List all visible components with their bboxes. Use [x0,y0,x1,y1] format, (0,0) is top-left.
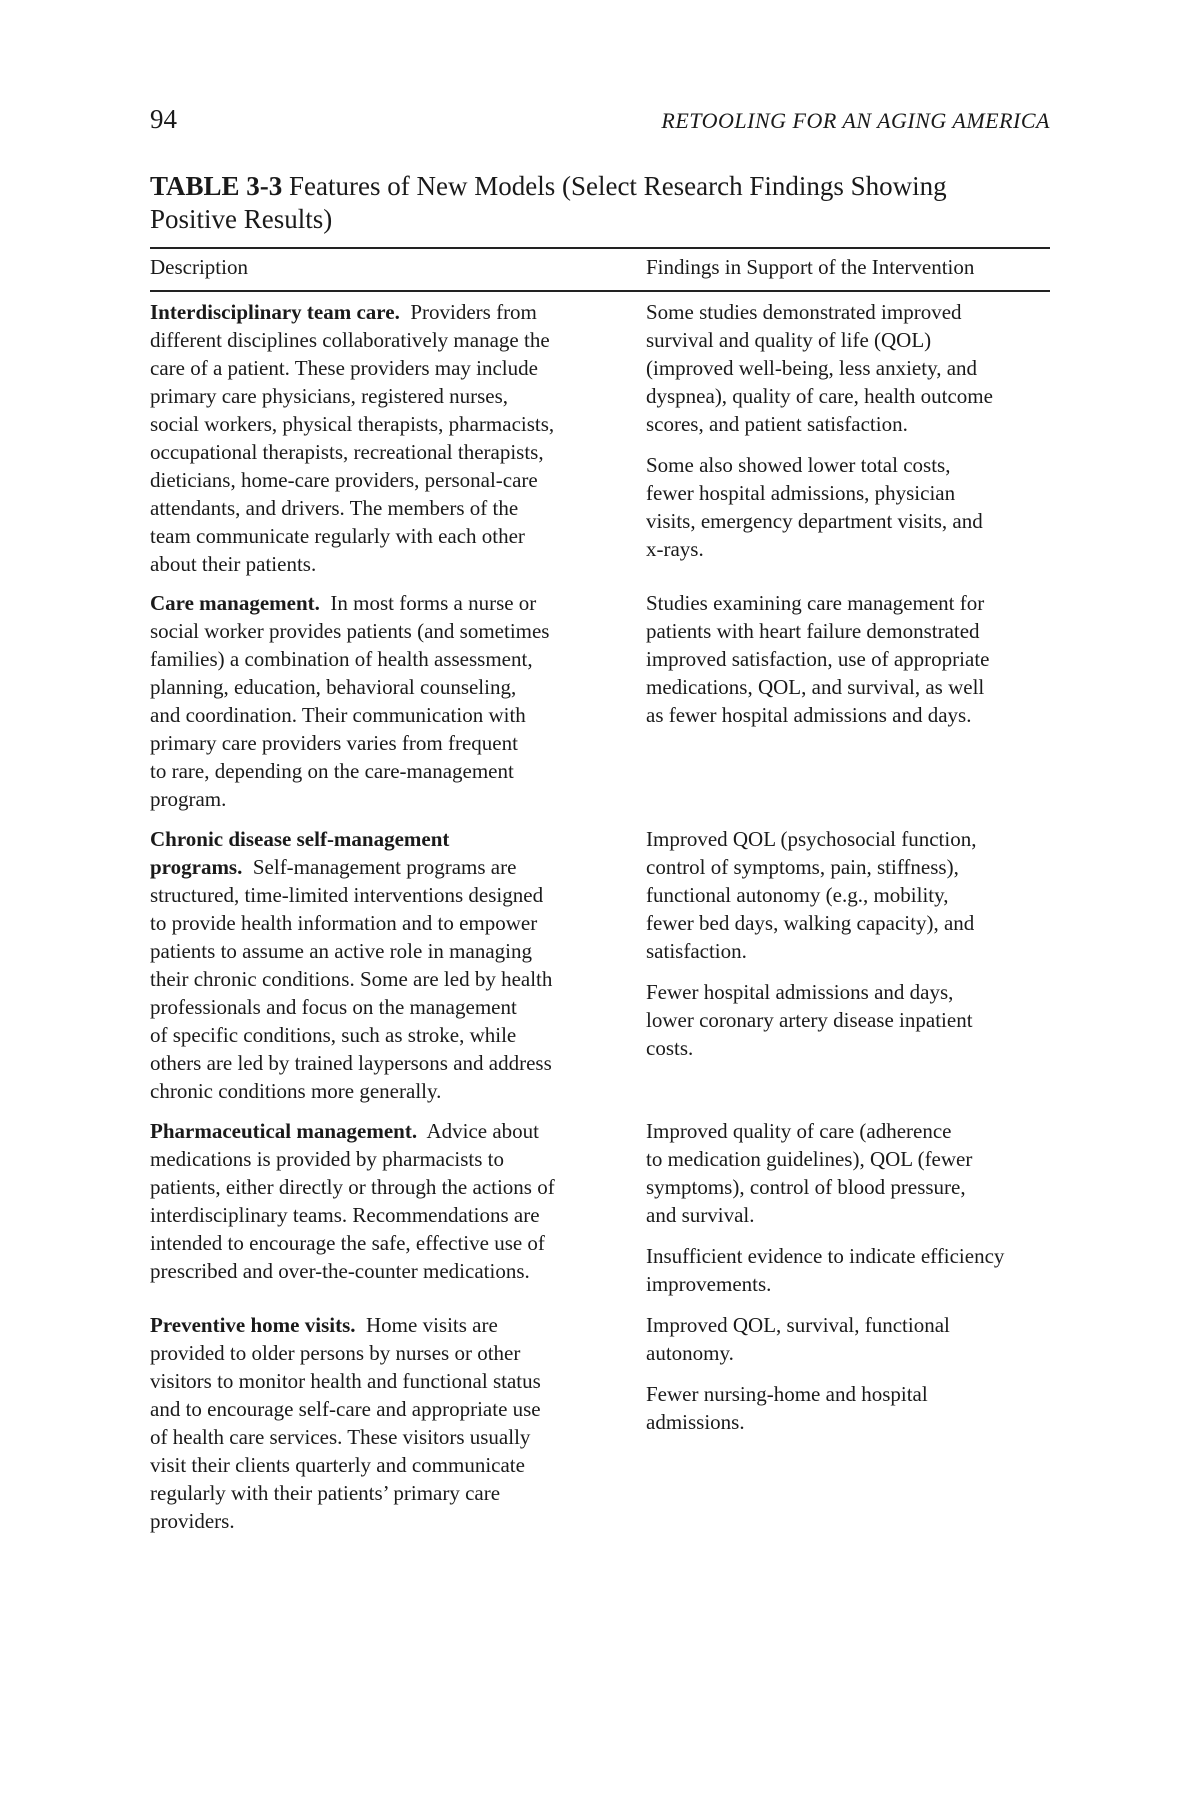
running-head: 94 RETOOLING FOR AN AGING AMERICA [150,104,1050,134]
finding-paragraph: Studies examining care management for pa… [646,589,1058,729]
finding-line: dyspnea), quality of care, health outcom… [646,382,1058,410]
finding-paragraph: Some studies demonstrated improved survi… [646,298,1058,438]
description-line: Self-management programs are [253,855,517,879]
description-line: Providers from [410,300,537,324]
column-header-description: Description [150,255,248,280]
finding-paragraph: Fewer hospital admissions and days, lowe… [646,978,1058,1062]
description-line: social workers, physical therapists, pha… [150,410,630,438]
table-row-description: Preventive home visits. Home visits are … [150,1311,630,1535]
finding-line: improvements. [646,1270,1058,1298]
description-line: professionals and focus on the managemen… [150,993,630,1021]
description-line: patients to assume an active role in man… [150,937,630,965]
description-line: regularly with their patients’ primary c… [150,1479,630,1507]
finding-paragraph: Improved QOL, survival, functional auton… [646,1311,1058,1367]
description-line: their chronic conditions. Some are led b… [150,965,630,993]
description-line: In most forms a nurse or [330,591,536,615]
table-title-line2: Positive Results) [150,204,332,234]
finding-line: patients with heart failure demonstrated [646,617,1058,645]
finding-line: improved satisfaction, use of appropriat… [646,645,1058,673]
description-line: prescribed and over-the-counter medicati… [150,1257,630,1285]
description-line: visitors to monitor health and functiona… [150,1367,630,1395]
column-header-findings: Findings in Support of the Intervention [646,255,974,280]
description-line: Home visits are [366,1313,498,1337]
finding-line: symptoms), control of blood pressure, [646,1173,1058,1201]
page-number: 94 [150,104,177,135]
finding-line: Some also showed lower total costs, [646,451,1058,479]
table-row-description: Care management. In most forms a nurse o… [150,589,630,813]
finding-line: and survival. [646,1201,1058,1229]
finding-line: to medication guidelines), QOL (fewer [646,1145,1058,1173]
table-row-findings: Studies examining care management for pa… [646,589,1058,742]
finding-line: as fewer hospital admissions and days. [646,701,1058,729]
table-row-description: Chronic disease self-management programs… [150,825,630,1105]
row-term: programs. [150,855,242,879]
description-line: structured, time-limited interventions d… [150,881,630,909]
description-line: providers. [150,1507,630,1535]
description-line: intended to encourage the safe, effectiv… [150,1229,630,1257]
finding-line: survival and quality of life (QOL) [646,326,1058,354]
description-line: patients, either directly or through the… [150,1173,630,1201]
finding-line: fewer hospital admissions, physician [646,479,1058,507]
finding-line: (improved well-being, less anxiety, and [646,354,1058,382]
description-line: to provide health information and to emp… [150,909,630,937]
finding-line: Improved QOL, survival, functional [646,1311,1058,1339]
table-row-findings: Improved QOL (psychosocial function, con… [646,825,1058,1075]
table-title: TABLE 3-3 Features of New Models (Select… [150,170,1050,236]
table-label: TABLE 3-3 [150,171,282,201]
table-row-description: Pharmaceutical management. Advice about … [150,1117,630,1285]
table-row-findings: Improved quality of care (adherence to m… [646,1117,1058,1311]
running-title: RETOOLING FOR AN AGING AMERICA [661,108,1050,134]
row-term: Interdisciplinary team care. [150,300,400,324]
finding-line: scores, and patient satisfaction. [646,410,1058,438]
description-line: social worker provides patients (and som… [150,617,630,645]
row-term: Pharmaceutical management. [150,1119,417,1143]
finding-line: Improved QOL (psychosocial function, [646,825,1058,853]
description-line: medications is provided by pharmacists t… [150,1145,630,1173]
finding-line: Insufficient evidence to indicate effici… [646,1242,1058,1270]
finding-line: visits, emergency department visits, and [646,507,1058,535]
description-line: families) a combination of health assess… [150,645,630,673]
description-line: about their patients. [150,550,630,578]
description-line: primary care physicians, registered nurs… [150,382,630,410]
finding-line: autonomy. [646,1339,1058,1367]
finding-paragraph: Improved quality of care (adherence to m… [646,1117,1058,1229]
finding-line: Fewer nursing-home and hospital [646,1380,1058,1408]
description-line: care of a patient. These providers may i… [150,354,630,382]
description-line: planning, education, behavioral counseli… [150,673,630,701]
finding-line: Fewer hospital admissions and days, [646,978,1058,1006]
description-line: program. [150,785,630,813]
finding-line: fewer bed days, walking capacity), and [646,909,1058,937]
finding-line: Some studies demonstrated improved [646,298,1058,326]
finding-paragraph: Insufficient evidence to indicate effici… [646,1242,1058,1298]
table-row-description: Interdisciplinary team care. Providers f… [150,298,630,578]
finding-line: control of symptoms, pain, stiffness), [646,853,1058,881]
description-line: of specific conditions, such as stroke, … [150,1021,630,1049]
description-line: others are led by trained laypersons and… [150,1049,630,1077]
description-line: chronic conditions more generally. [150,1077,630,1105]
finding-line: functional autonomy (e.g., mobility, [646,881,1058,909]
description-line: of health care services. These visitors … [150,1423,630,1451]
description-line: provided to older persons by nurses or o… [150,1339,630,1367]
finding-line: x-rays. [646,535,1058,563]
finding-line: Improved quality of care (adherence [646,1117,1058,1145]
description-line: and to encourage self-care and appropria… [150,1395,630,1423]
finding-paragraph: Some also showed lower total costs, fewe… [646,451,1058,563]
description-line: different disciplines collaboratively ma… [150,326,630,354]
finding-paragraph: Improved QOL (psychosocial function, con… [646,825,1058,965]
finding-line: Studies examining care management for [646,589,1058,617]
row-term: Care management. [150,591,320,615]
description-line: interdisciplinary teams. Recommendations… [150,1201,630,1229]
description-line: dieticians, home-care providers, persona… [150,466,630,494]
table-title-line1: Features of New Models (Select Research … [289,171,947,201]
row-term: Preventive home visits. [150,1313,356,1337]
description-line: attendants, and drivers. The members of … [150,494,630,522]
table-top-rule [150,247,1050,249]
description-line: and coordination. Their communication wi… [150,701,630,729]
finding-line: costs. [646,1034,1058,1062]
row-term-line1: Chronic disease self-management [150,825,630,853]
finding-line: medications, QOL, and survival, as well [646,673,1058,701]
description-line: primary care providers varies from frequ… [150,729,630,757]
finding-line: lower coronary artery disease inpatient [646,1006,1058,1034]
table-row-findings: Improved QOL, survival, functional auton… [646,1311,1058,1449]
description-line: visit their clients quarterly and commun… [150,1451,630,1479]
table-header-rule [150,290,1050,292]
description-line: occupational therapists, recreational th… [150,438,630,466]
description-line: to rare, depending on the care-managemen… [150,757,630,785]
description-line: team communicate regularly with each oth… [150,522,630,550]
finding-paragraph: Fewer nursing-home and hospital admissio… [646,1380,1058,1436]
finding-line: satisfaction. [646,937,1058,965]
description-line: Advice about [426,1119,539,1143]
table-row-findings: Some studies demonstrated improved survi… [646,298,1058,576]
finding-line: admissions. [646,1408,1058,1436]
